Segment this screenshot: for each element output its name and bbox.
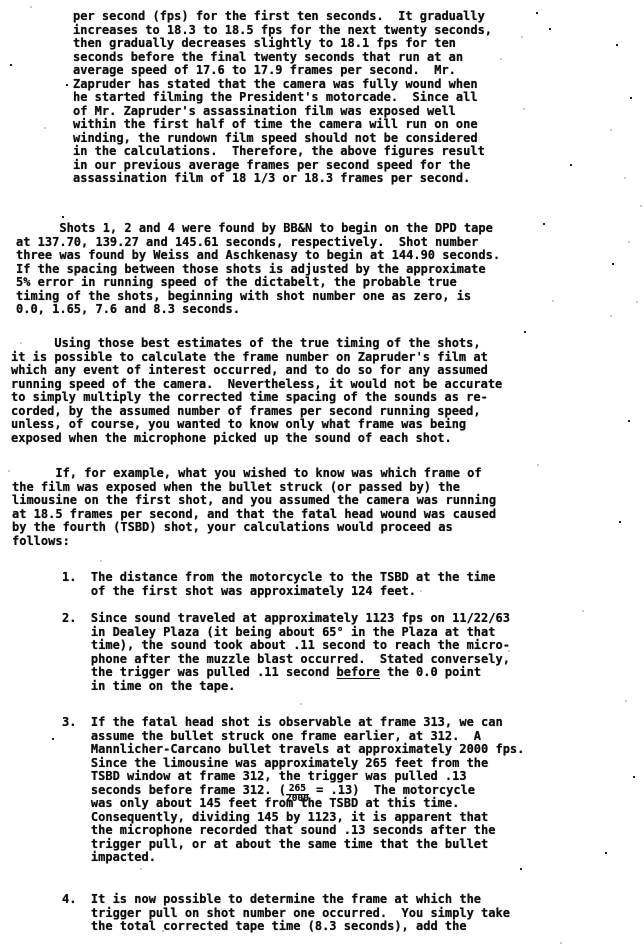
text-line: which any event of interest occurred, an… — [11, 364, 502, 378]
text-line: per second (fps) for the first ten secon… — [73, 10, 492, 24]
text-line: impacted. — [62, 851, 524, 865]
underlined-word: before — [337, 665, 380, 679]
list-item-1: 1. The distance from the motorcycle to t… — [62, 571, 495, 598]
text-line: increases to 18.3 to 18.5 fps for the ne… — [73, 24, 492, 38]
text-line: trigger pull on shot number one occurred… — [62, 907, 510, 921]
list-item-4: 4. It is now possible to determine the f… — [62, 893, 510, 934]
text-line: TSBD window at frame 312, the trigger wa… — [62, 770, 524, 784]
text-line: timing of the shots, beginning with shot… — [16, 290, 500, 304]
text-line: phone after the muzzle blast occurred. S… — [62, 653, 510, 667]
text-line: in time on the tape. — [62, 680, 510, 694]
text-line: 4. It is now possible to determine the f… — [62, 893, 510, 907]
text-line: Zapruder has stated that the camera was … — [73, 78, 492, 92]
text-line: winding, the rundown film speed should n… — [73, 132, 492, 146]
text-line: corded, by the assumed number of frames … — [11, 405, 502, 419]
text-line: assume the bullet struck one frame earli… — [62, 730, 524, 744]
text-line: the microphone recorded that sound .13 s… — [62, 824, 524, 838]
text-line: of the first shot was approximately 124 … — [62, 585, 495, 599]
text-line: in Dealey Plaza (it being about 65° in t… — [62, 626, 510, 640]
text-line: the total corrected tape time (8.3 secon… — [62, 920, 510, 934]
text-line: Shots 1, 2 and 4 were found by BB&N to b… — [16, 222, 500, 236]
document-page: per second (fps) for the first ten secon… — [0, 0, 644, 952]
text-line: Since the limousine was approximately 26… — [62, 757, 524, 771]
text-line: by the fourth (TSBD) shot, your calculat… — [12, 521, 496, 535]
text-line: limousine on the first shot, and you ass… — [12, 494, 496, 508]
text-line: Using those best estimates of the true t… — [11, 337, 502, 351]
text-line: follows: — [12, 535, 496, 549]
text-line: running speed of the camera. Nevertheles… — [11, 378, 502, 392]
text-line: three was found by Weiss and Aschkenasy … — [16, 249, 500, 263]
text-line: to simply multiply the corrected time sp… — [11, 391, 502, 405]
scan-noise — [0, 0, 2, 2]
text-line: the trigger was pulled .11 second before… — [62, 666, 510, 680]
text-line: exposed when the microphone picked up th… — [11, 432, 502, 446]
text-line: seconds before frame 312. (2652000 = .13… — [62, 784, 524, 798]
para-shot-times: Shots 1, 2 and 4 were found by BB&N to b… — [16, 222, 500, 317]
text-line: assassination film of 18 1/3 or 18.3 fra… — [73, 172, 492, 186]
text-line: within the first half of time the camera… — [73, 118, 492, 132]
list-item-2: 2. Since sound traveled at approximately… — [62, 612, 510, 693]
text-line: in the calculations. Therefore, the abov… — [73, 145, 492, 159]
text-line: 3. If the fatal head shot is observable … — [62, 716, 524, 730]
para-example-setup: If, for example, what you wished to know… — [12, 467, 496, 548]
text-segment: = .13) The motorcycle — [309, 783, 475, 797]
text-line: the film was exposed when the bullet str… — [12, 481, 496, 495]
text-line: 5% error in running speed of the dictabe… — [16, 276, 500, 290]
text-line: he started filming the President's motor… — [73, 91, 492, 105]
text-line: was only about 145 feet from the TSBD at… — [62, 797, 524, 811]
list-item-3: 3. If the fatal head shot is observable … — [62, 716, 524, 865]
text-line: at 137.70, 139.27 and 145.61 seconds, re… — [16, 236, 500, 250]
text-line: it is possible to calculate the frame nu… — [11, 351, 502, 365]
para-frame-calculation: Using those best estimates of the true t… — [11, 337, 502, 445]
text-line: Mannlicher-Carcano bullet travels at app… — [62, 743, 524, 757]
text-line: 0.0, 1.65, 7.6 and 8.3 seconds. — [16, 303, 500, 317]
text-line: at 18.5 frames per second, and that the … — [12, 508, 496, 522]
text-line: of Mr. Zapruder's assassination film was… — [73, 105, 492, 119]
text-line: Consequently, dividing 145 by 1123, it i… — [62, 811, 524, 825]
text-segment: the trigger was pulled .11 second — [62, 665, 337, 679]
para-film-speed: per second (fps) for the first ten secon… — [73, 10, 492, 186]
text-line: 1. The distance from the motorcycle to t… — [62, 571, 495, 585]
text-line: in our previous average frames per secon… — [73, 159, 492, 173]
text-line: then gradually decreases slightly to 18.… — [73, 37, 492, 51]
text-segment: seconds before frame 312. ( — [62, 783, 286, 797]
text-line: trigger pull, or at about the same time … — [62, 838, 524, 852]
text-segment: the 0.0 point — [380, 665, 481, 679]
text-line: 2. Since sound traveled at approximately… — [62, 612, 510, 626]
text-line: unless, of course, you wanted to know on… — [11, 418, 502, 432]
text-line: time), the sound took about .11 second t… — [62, 639, 510, 653]
text-line: If, for example, what you wished to know… — [12, 467, 496, 481]
text-line: If the spacing between those shots is ad… — [16, 263, 500, 277]
text-line: seconds before the final twenty seconds … — [73, 51, 492, 65]
text-line: average speed of 17.6 to 17.9 frames per… — [73, 64, 492, 78]
